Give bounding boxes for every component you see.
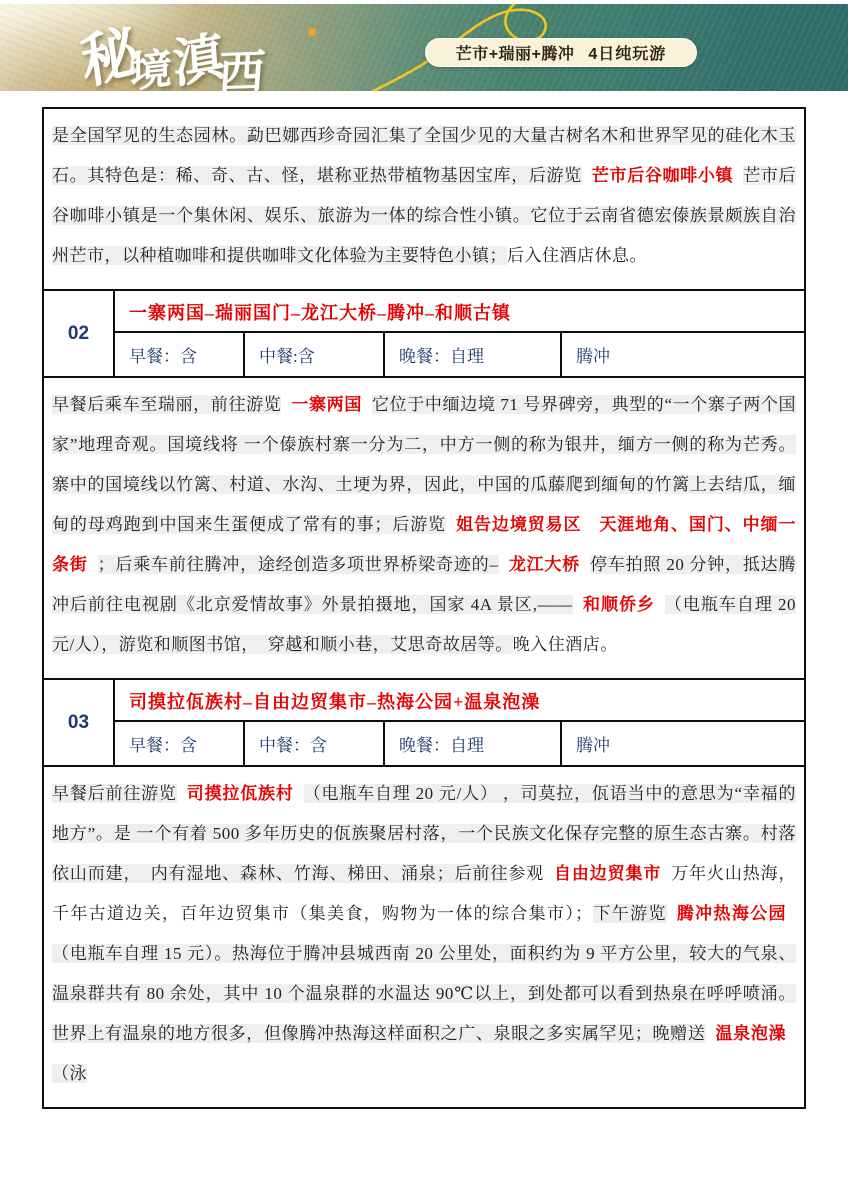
lunch-cell: 中餐：含 <box>245 722 385 765</box>
day-number: 02 <box>44 291 115 376</box>
paragraph-text: 下午游览 <box>593 904 667 923</box>
paragraph-text: 后入住酒店休息。 <box>507 246 647 265</box>
day-number: 03 <box>44 680 115 765</box>
day1-continuation-paragraph: 是全国罕见的生态园林。勐巴娜西珍奇园汇集了全国少见的大量古树名木和世界罕见的硅化… <box>44 109 804 289</box>
highlight-keyword: 龙江大桥 <box>499 555 591 574</box>
day02-meal-row: 早餐：含 中餐:含 晚餐：自理 腾冲 <box>115 333 804 376</box>
paragraph-text: 它位于中缅边境 71 号界碑旁，典型的“一个寨子两个国家”地理奇观。国境线将 一… <box>52 395 796 534</box>
paragraph-text: 参观 <box>508 864 544 883</box>
dinner-cell: 晚餐：自理 <box>385 722 562 765</box>
tour-duration-label: 4日纯玩游 <box>588 41 666 64</box>
paragraph-text: ；后乘车前往腾冲，途经创造多项世界桥梁奇迹的– <box>98 555 499 574</box>
highlight-keyword: 司摸拉佤族村 <box>177 784 304 803</box>
highlight-keyword: 一寨两国 <box>281 395 372 414</box>
day02-description-paragraph: 早餐后乘车至瑞丽，前往游览一寨两国它位于中缅边境 71 号界碑旁，典型的“一个寨… <box>44 376 804 678</box>
paragraph-text: 早餐后乘车至瑞丽，前往游览 <box>52 395 281 414</box>
logo-char: 境 <box>130 36 172 91</box>
highlight-keyword: 腾冲热海公园 <box>667 904 796 923</box>
day03-meal-row: 早餐：含 中餐：含 晚餐：自理 腾冲 <box>115 722 804 765</box>
breakfast-cell: 早餐：含 <box>115 333 245 376</box>
day03-header-row: 03 司摸拉佤族村–自由边贸集市–热海公园+温泉泡澡 早餐：含 中餐：含 晚餐：… <box>44 678 804 765</box>
tour-route-label: 芒市+瑞丽+腾冲 <box>456 41 575 64</box>
dinner-cell: 晚餐：自理 <box>385 333 562 376</box>
breakfast-cell: 早餐：含 <box>115 722 245 765</box>
itinerary-table: 是全国罕见的生态园林。勐巴娜西珍奇园汇集了全国少见的大量古树名木和世界罕见的硅化… <box>42 107 806 1109</box>
highlight-keyword: 和顺侨乡 <box>573 595 665 614</box>
day02-header-row: 02 一寨两国–瑞丽国门–龙江大桥–腾冲–和顺古镇 早餐：含 中餐:含 晚餐：自… <box>44 289 804 376</box>
logo-char: 西 <box>217 35 268 91</box>
day02-route-title: 一寨两国–瑞丽国门–龙江大桥–腾冲–和顺古镇 <box>115 291 804 333</box>
dot-icon <box>308 28 316 36</box>
highlight-keyword: 自由边贸集市 <box>544 864 671 883</box>
highlight-keyword: 芒市后谷咖啡小镇 <box>582 166 743 185</box>
stay-cell: 腾冲 <box>562 722 804 765</box>
paragraph-text: （电瓶车自理 15 元）。热海位于腾冲县城西南 20 公里处，面积约为 9 平方… <box>52 944 796 1043</box>
paragraph-text: 早餐后前往游览 <box>52 784 177 803</box>
highlight-keyword: 温泉泡澡 <box>706 1024 797 1043</box>
header-banner: 秘 境 滇 西 芒市+瑞丽+腾冲 4日纯玩游 <box>0 4 848 91</box>
paragraph-text: （泳 <box>52 1064 87 1083</box>
day03-route-title: 司摸拉佤族村–自由边贸集市–热海公园+温泉泡澡 <box>115 680 804 722</box>
stay-cell: 腾冲 <box>562 333 804 376</box>
lunch-cell: 中餐:含 <box>245 333 385 376</box>
paragraph-text: 晚入住酒店。 <box>513 635 618 654</box>
day03-description-paragraph: 早餐后前往游览司摸拉佤族村（电瓶车自理 20 元/人） ，司莫拉，佤语当中的意思… <box>44 765 804 1107</box>
tour-badge: 芒市+瑞丽+腾冲 4日纯玩游 <box>425 38 697 67</box>
